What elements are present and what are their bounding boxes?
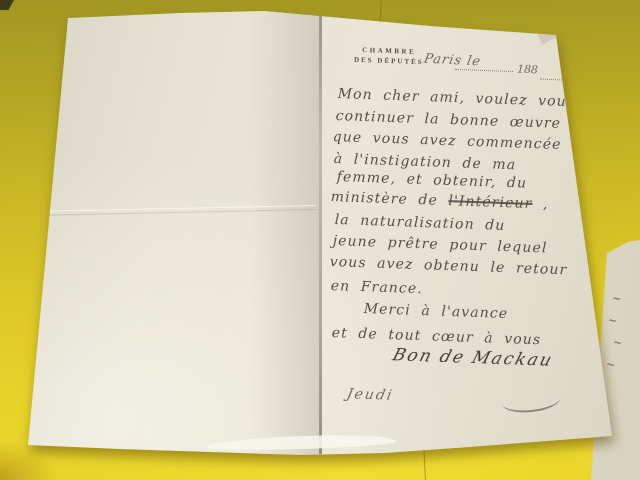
handwritten-line: en France.	[330, 278, 423, 297]
handwritten-line: la naturalisation du	[334, 212, 505, 234]
struck-line-before: ministère de	[330, 189, 448, 209]
struck-line-after: ,	[532, 196, 549, 213]
handwritten-line: et de tout cœur à vous	[331, 325, 541, 348]
letterhead-year-rule	[540, 79, 562, 81]
signature: Bon de Mackau	[390, 345, 555, 370]
letterhead-year-stub: 188	[517, 62, 539, 76]
letterhead-date-rule	[455, 69, 513, 72]
struck-word: l'Intérieur	[448, 193, 533, 212]
handwritten-line: Merci à l'avance	[363, 301, 508, 322]
top-right-dogear	[536, 27, 560, 45]
letterhead-line1: CHAMBRE	[344, 45, 434, 56]
handwritten-line: continuer la bonne œuvre	[335, 108, 561, 132]
signature-flourish	[501, 387, 561, 415]
handwritten-line-with-strikethrough: ministère de l'Intérieur ,	[330, 189, 548, 213]
bottom-edge-abrasion	[206, 434, 396, 452]
handwritten-line: vous avez obtenu le retour	[329, 254, 567, 278]
photo-canvas: ~ ~ ~ ~ CHAMBRE DES DÉPUTÉS Paris le 188…	[0, 0, 640, 480]
day-note: Jeudi	[345, 386, 395, 404]
handwritten-line: que vous avez commencée	[332, 129, 561, 153]
letterhead: CHAMBRE DES DÉPUTÉS	[344, 45, 435, 66]
letter-sheet: CHAMBRE DES DÉPUTÉS Paris le 188 Mon che…	[0, 0, 640, 480]
center-fold-shadow	[250, 10, 322, 456]
letter-paper: CHAMBRE DES DÉPUTÉS Paris le 188 Mon che…	[0, 0, 640, 480]
letterhead-line2: DES DÉPUTÉS	[344, 55, 434, 66]
handwritten-line: Mon cher ami, voulez vous	[337, 86, 575, 110]
letterhead-date-prefix: Paris le	[423, 52, 483, 70]
handwritten-line: jeune prêtre pour lequel	[332, 233, 547, 256]
center-fold-line	[319, 13, 322, 454]
